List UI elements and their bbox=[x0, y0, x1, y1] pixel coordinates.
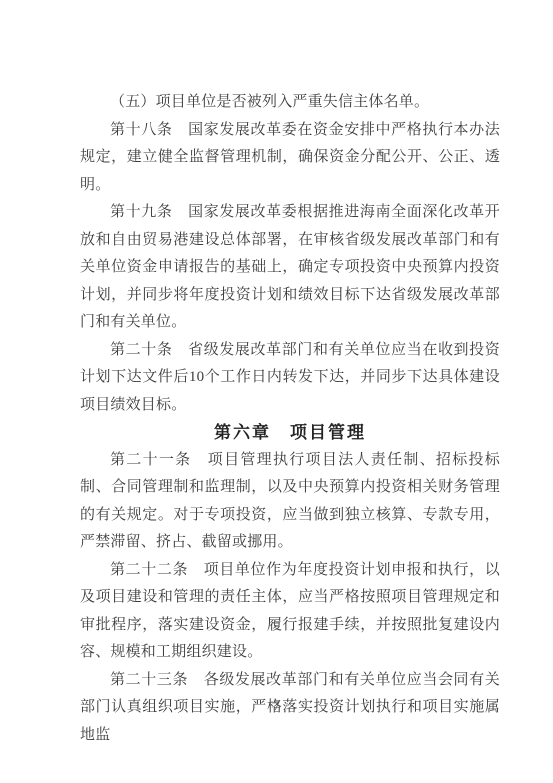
paragraph-article-21: 第二十一条 项目管理执行项目法人责任制、招标投标制、合同管理制和监理制，以及中央… bbox=[80, 447, 500, 557]
paragraph-article-20: 第二十条 省级发展改革部门和有关单位应当在收到投资计划下达文件后10个工作日内转… bbox=[80, 337, 500, 420]
paragraph-item-5: （五）项目单位是否被列入严重失信主体名单。 bbox=[80, 89, 500, 117]
chapter-heading: 第六章 项目管理 bbox=[80, 419, 500, 447]
page-number: 7 bbox=[0, 698, 553, 714]
document-content: （五）项目单位是否被列入严重失信主体名单。 第十八条 国家发展改革委在资金安排中… bbox=[80, 89, 500, 749]
paragraph-article-19: 第十九条 国家发展改革委根据推进海南全面深化改革开放和自由贸易港建设总体部署，在… bbox=[80, 199, 500, 337]
document-page: （五）项目单位是否被列入严重失信主体名单。 第十八条 国家发展改革委在资金安排中… bbox=[0, 0, 553, 783]
paragraph-article-22: 第二十二条 项目单位作为年度投资计划申报和执行，以及项目建设和管理的责任主体，应… bbox=[80, 557, 500, 667]
paragraph-article-18: 第十八条 国家发展改革委在资金安排中严格执行本办法规定，建立健全监督管理机制，确… bbox=[80, 117, 500, 200]
